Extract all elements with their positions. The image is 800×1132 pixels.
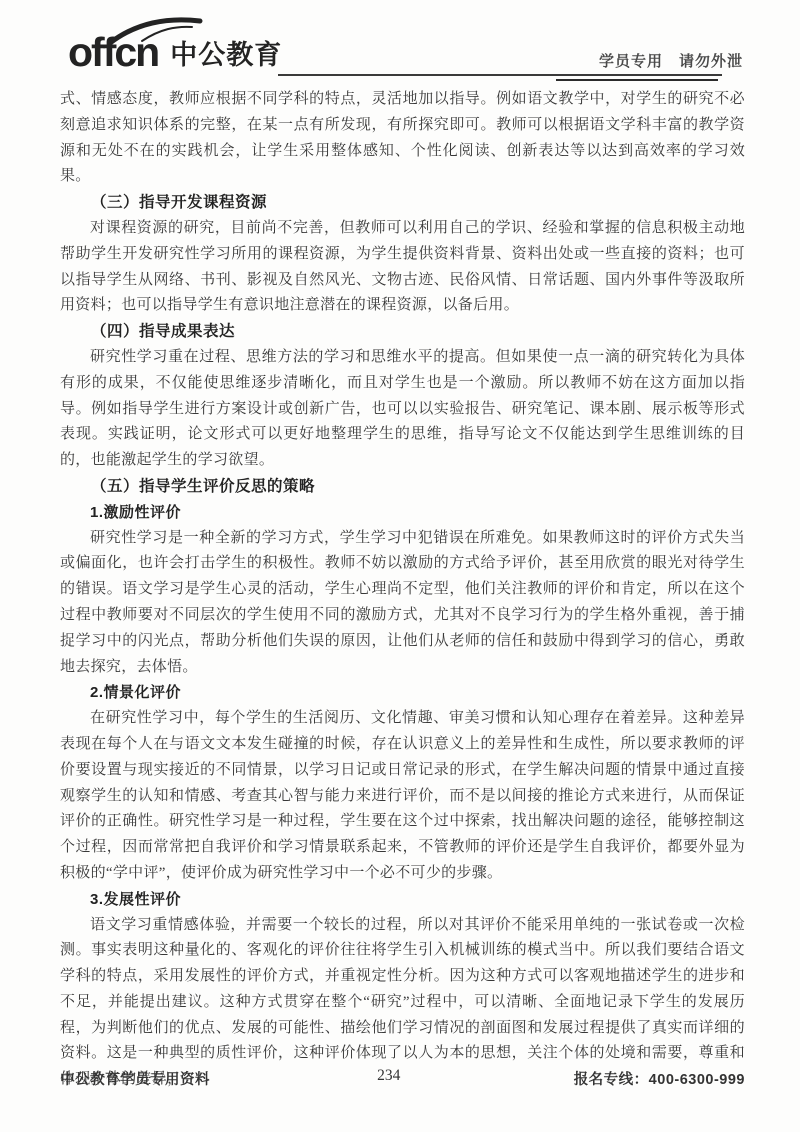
sub-heading-3: 3.发展性评价 [60, 887, 745, 913]
logo-swoosh-icon [108, 17, 204, 45]
section-heading-5: （五）指导学生评价反思的策略 [60, 474, 745, 500]
section-heading-3: （三）指导开发课程资源 [60, 190, 745, 216]
sub-heading-1: 1.激励性评价 [60, 500, 745, 526]
page-header: offcn 中公教育 学员专用 请勿外泄 [0, 0, 800, 84]
header-rule-bold [556, 79, 718, 81]
header-notice: 学员专用 请勿外泄 [599, 50, 743, 71]
paragraph-incentive-evaluation: 研究性学习是一种全新的学习方式，学生学习中犯错误在所难免。如果教师这时的评价方式… [60, 526, 745, 681]
header-rule [278, 74, 722, 76]
page-footer: 中公教育学员专用资料 234 报名专线：400-6300-999 [60, 1066, 745, 1090]
page-number: 234 [377, 1067, 400, 1085]
paragraph-course-resources: 对课程资源的研究，目前尚不完善，但教师可以利用自己的学识、经验和掌握的信息积极主… [60, 216, 745, 319]
paragraph-results-expression: 研究性学习重在过程、思维方法的学习和思维水平的提高。但如果使一点一滴的研究转化为… [60, 345, 745, 474]
footer-hotline: 报名专线：400-6300-999 [574, 1068, 745, 1089]
paragraph-contextual-evaluation: 在研究性学习中，每个学生的生活阅历、文化情趣、审美习惯和认知心理存在着差异。这种… [60, 706, 745, 887]
section-heading-4: （四）指导成果表达 [60, 319, 745, 345]
document-body: 式、情感态度，教师应根据不同学科的特点，灵活地加以指导。例如语文教学中，对学生的… [60, 87, 745, 1093]
document-page: offcn 中公教育 学员专用 请勿外泄 式、情感态度，教师应根据不同学科的特点… [0, 0, 800, 1132]
offcn-logo: offcn 中公教育 [68, 32, 282, 72]
footer-brand: 中公教育学员专用资料 [60, 1068, 210, 1089]
paragraph-continuation: 式、情感态度，教师应根据不同学科的特点，灵活地加以指导。例如语文教学中，对学生的… [60, 87, 745, 190]
sub-heading-2: 2.情景化评价 [60, 680, 745, 706]
